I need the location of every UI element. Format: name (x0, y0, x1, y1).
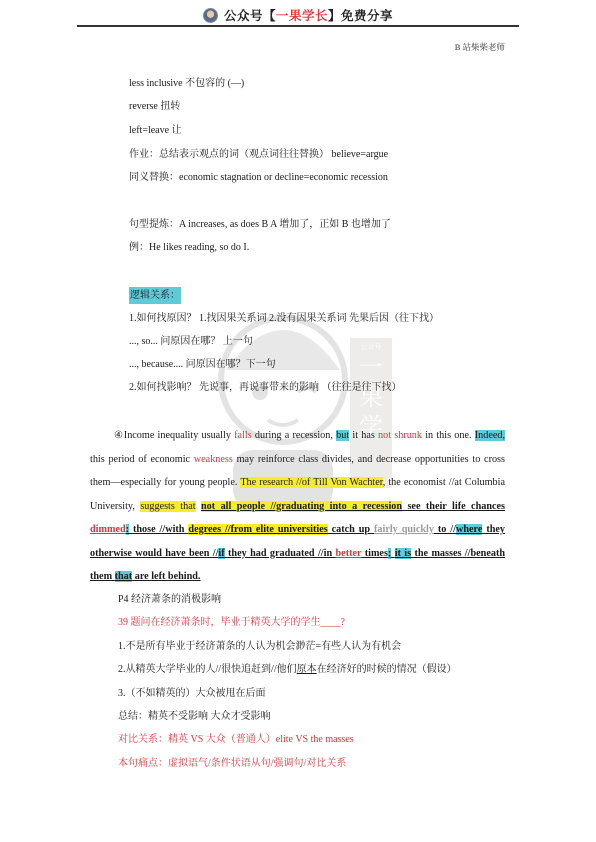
paragraph-label: P4 经济萧条的消极影响 (118, 593, 221, 606)
text-run: 在经济好的时候的情况（假设） (317, 664, 457, 675)
page-header-banner: 公众号 【 一果学长 】 免费分享 (0, 6, 596, 24)
analysis-contrast: 对比关系：精英 VS 大众（普通人）elite VS the masses (118, 733, 354, 746)
underlined-claim: times (361, 548, 388, 559)
paragraph-number: ④ (114, 430, 124, 441)
highlight-recession: recession (363, 501, 402, 512)
connector-but: but (336, 430, 349, 441)
note-line: 同义替换：economic stagnation or decline=econ… (129, 171, 388, 184)
banner-prefix: 公众号 (224, 6, 263, 24)
underlined-word: 原本 (297, 664, 317, 675)
highlight-research: The research //of Till Von Wachter (240, 477, 382, 488)
banner-bracket-close: 】 (328, 6, 341, 24)
connector-where: where (456, 524, 482, 535)
keyword-better: better (336, 548, 362, 559)
keyword-dimmed: dimmed (90, 524, 126, 535)
connector-indeed: Indeed, (475, 430, 505, 441)
note-line: reverse 扭转 (129, 100, 180, 113)
keyword-not-shrunk: not shrunk (378, 430, 422, 441)
text-run: it has (349, 430, 378, 441)
passage-text: ④Income inequality usually falls during … (90, 424, 505, 589)
underlined-claim: see their life chances (402, 501, 505, 512)
underlined-claim: to // (434, 524, 456, 535)
note-line: less inclusive 不包容的 (—) (129, 77, 244, 90)
pattern-example: 例：He likes reading, so do I. (129, 241, 249, 254)
analysis-item-2: 2.从精英大学毕业的人//很快追赶到//他们原本在经济好的时候的情况（假设） (118, 663, 457, 676)
analysis-item-1: 1.不是所有毕业于经济萧条的人认为机会渺茫=有些人认为有机会 (118, 640, 401, 653)
logic-item: 2.如何找影响？ 先说事，再说事带来的影响 （往往是往下找） (129, 381, 402, 394)
connector-that: that (115, 571, 133, 582)
passage-paragraph-4: ④Income inequality usually falls during … (90, 424, 505, 589)
text-run: 2.从精英大学毕业的人//很快追赶到//他们 (118, 664, 297, 675)
banner-brand: 一果学长 (276, 6, 328, 24)
text-run: Income inequality usually (124, 430, 234, 441)
logic-item: ..., so... 问原因在哪？ 上一句 (129, 335, 253, 348)
text-run: in this one. (422, 430, 475, 441)
header-divider (77, 25, 519, 27)
highlight-suggests: suggests that (140, 501, 195, 512)
note-line: left=leave 让 (129, 124, 182, 137)
connector-it-is: it is (395, 548, 411, 559)
pattern-line: 句型提炼：A increases, as does B A 增加了，正如 B 也… (129, 218, 391, 231)
avatar-icon (203, 8, 218, 23)
banner-suffix: 免费分享 (341, 6, 393, 24)
keyword-weakness: weakness (194, 454, 233, 465)
analysis-summary: 总结：精英不受影响 大众才受影响 (118, 710, 271, 723)
analysis-pain-points: 本句痛点：虚拟语气/条件状语从句/强调句/对比关系 (118, 757, 346, 770)
teacher-credit: B 站柴柴老师 (455, 41, 505, 53)
logic-item: ..., because.... 问原因在哪？下一句 (129, 358, 276, 371)
analysis-item-3: 3.（不如精英的）大众被甩在后面 (118, 687, 266, 700)
underlined-claim: they had graduated //in (225, 548, 336, 559)
text-run: this period of economic (90, 454, 194, 465)
keyword-falls: falls (234, 430, 252, 441)
watermark-char: 一 (350, 352, 392, 382)
watermark-box-label: 公众号 (350, 342, 392, 352)
underlined-claim: not all people //graduating into a (201, 501, 363, 512)
underlined-claim: are left behind. (132, 571, 200, 582)
underlined-claim: catch up (328, 524, 374, 535)
phrase-fairly-quickly: fairly quickly (374, 524, 434, 535)
text-run: during a recession, (252, 430, 336, 441)
logic-item: 1.如何找原因？ 1.找因果关系词 2.没有因果关系词 先果后因（往下找） (129, 312, 439, 325)
question-39: 39 题问在经济萧条时，毕业于精英大学的学生____? (118, 616, 345, 629)
note-line: 作业：总结表示观点的词（观点词往往替换） believe=argue (129, 148, 388, 161)
highlight-degrees: degrees //from elite universities (188, 524, 327, 535)
banner-bracket-open: 【 (263, 6, 276, 24)
underlined-claim: those //with (129, 524, 188, 535)
logic-heading: 逻辑关系： (129, 287, 181, 304)
